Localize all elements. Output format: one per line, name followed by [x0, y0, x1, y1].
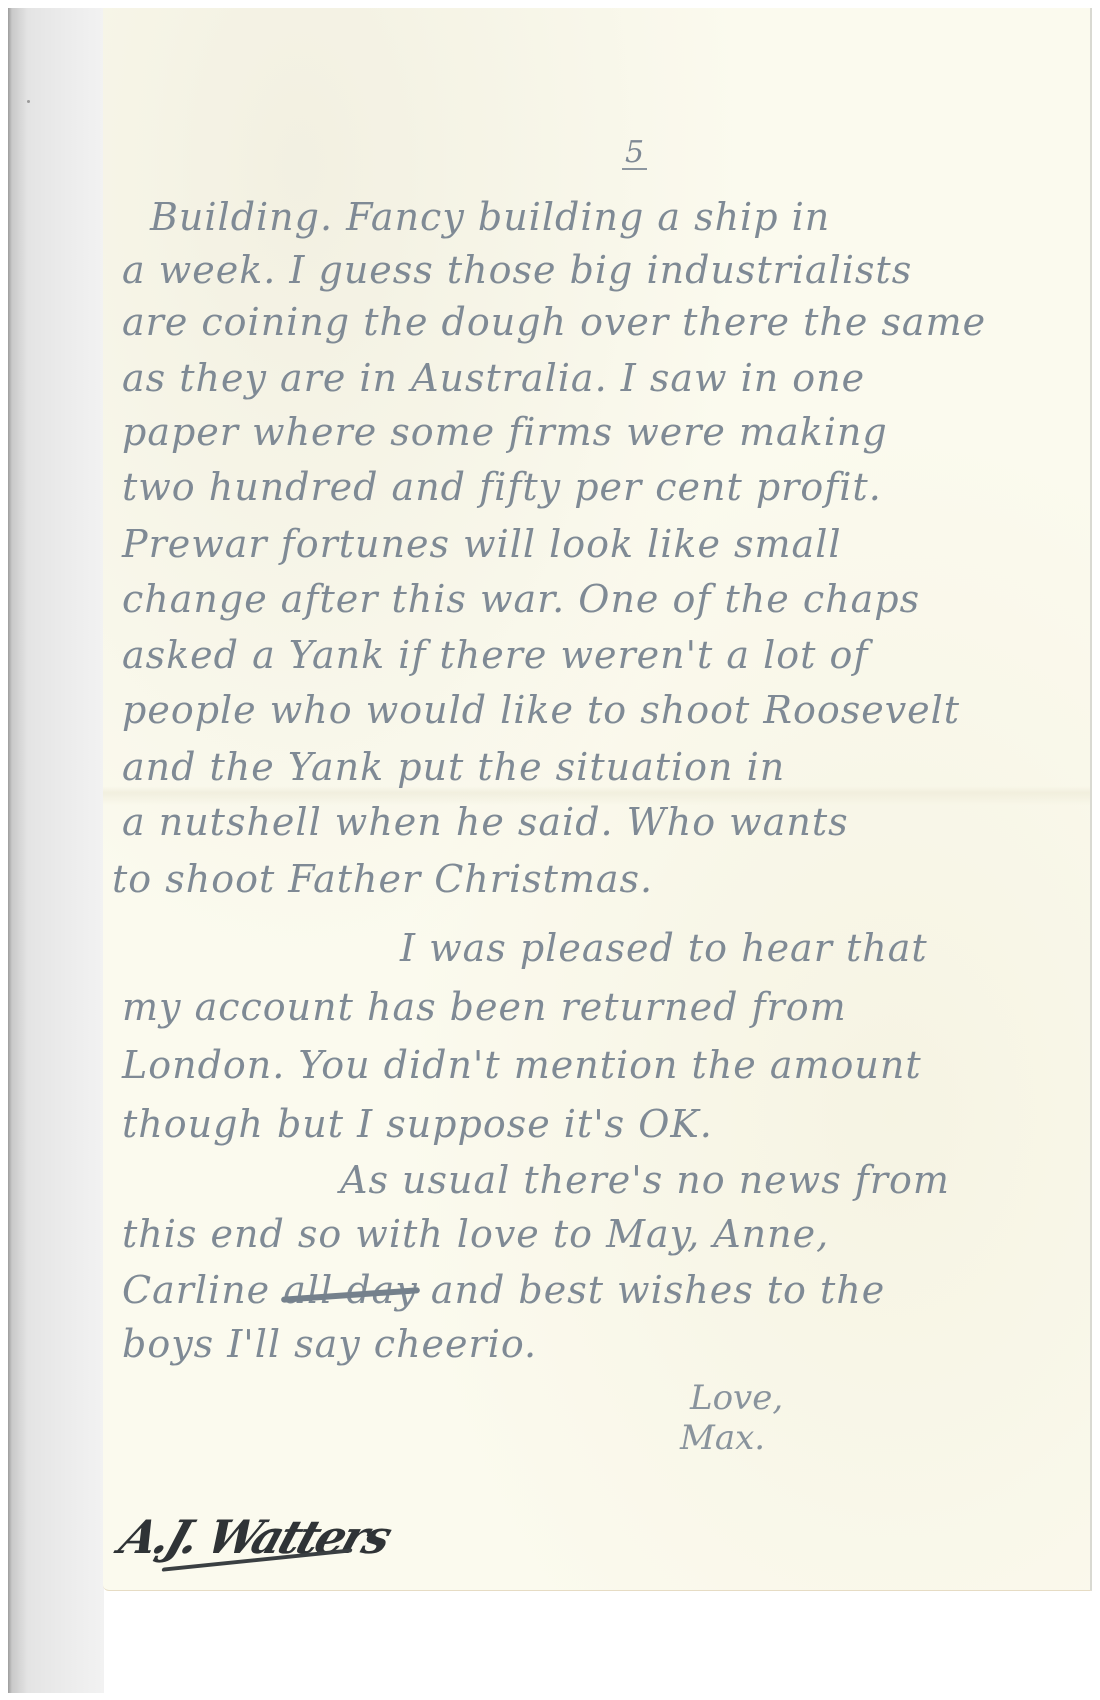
letter-line-19: this end so with love to May, Anne,: [122, 1212, 829, 1256]
letter-line-16: London. You didn't mention the amount: [122, 1043, 922, 1087]
letter-line-14: I was pleased to hear that: [400, 926, 928, 970]
letter-line-7: Prewar fortunes will look like small: [122, 522, 842, 566]
letter-line-15: my account has been returned from: [122, 985, 847, 1029]
letter-line-8: change after this war. One of the chaps: [122, 577, 920, 621]
letter-line-17: though but I suppose it's OK.: [122, 1102, 713, 1146]
closing-love: Love,: [690, 1378, 783, 1418]
scanner-edge-strip: [8, 8, 104, 1693]
sign-off-name: Max.: [680, 1418, 765, 1458]
letter-line-10: people who would like to shoot Roosevelt: [122, 688, 960, 732]
dust-speck: [27, 100, 30, 103]
letter-line-3: are coining the dough over there the sam…: [122, 300, 986, 344]
letter-line-1: Building. Fancy building a ship in: [150, 195, 830, 239]
letter-line-21: boys I'll say cheerio.: [122, 1322, 537, 1366]
letter-line-11: and the Yank put the situation in: [122, 745, 785, 789]
letter-line-6: two hundred and fifty per cent profit.: [122, 465, 882, 509]
page-number: 5: [622, 138, 647, 170]
letter-line-18: As usual there's no news from: [340, 1158, 950, 1202]
letter-line-9: asked a Yank if there weren't a lot of: [122, 633, 868, 677]
letter-line-5: paper where some firms were making: [122, 410, 888, 454]
letter-word-carline: Carline: [122, 1268, 270, 1312]
letter-line-4: as they are in Australia. I saw in one: [122, 356, 865, 400]
letter-line-12: a nutshell when he said. Who wants: [122, 800, 849, 844]
letter-line-13: to shoot Father Christmas.: [112, 857, 653, 901]
ink-signature: A.J. Watters: [113, 1510, 396, 1564]
letter-line-20: Carline all day and best wishes to the: [122, 1268, 885, 1312]
letter-line-20-rest: and best wishes to the: [431, 1268, 885, 1312]
crossed-out-text: all day: [283, 1268, 418, 1312]
letter-line-2: a week. I guess those big industrialists: [122, 248, 912, 292]
